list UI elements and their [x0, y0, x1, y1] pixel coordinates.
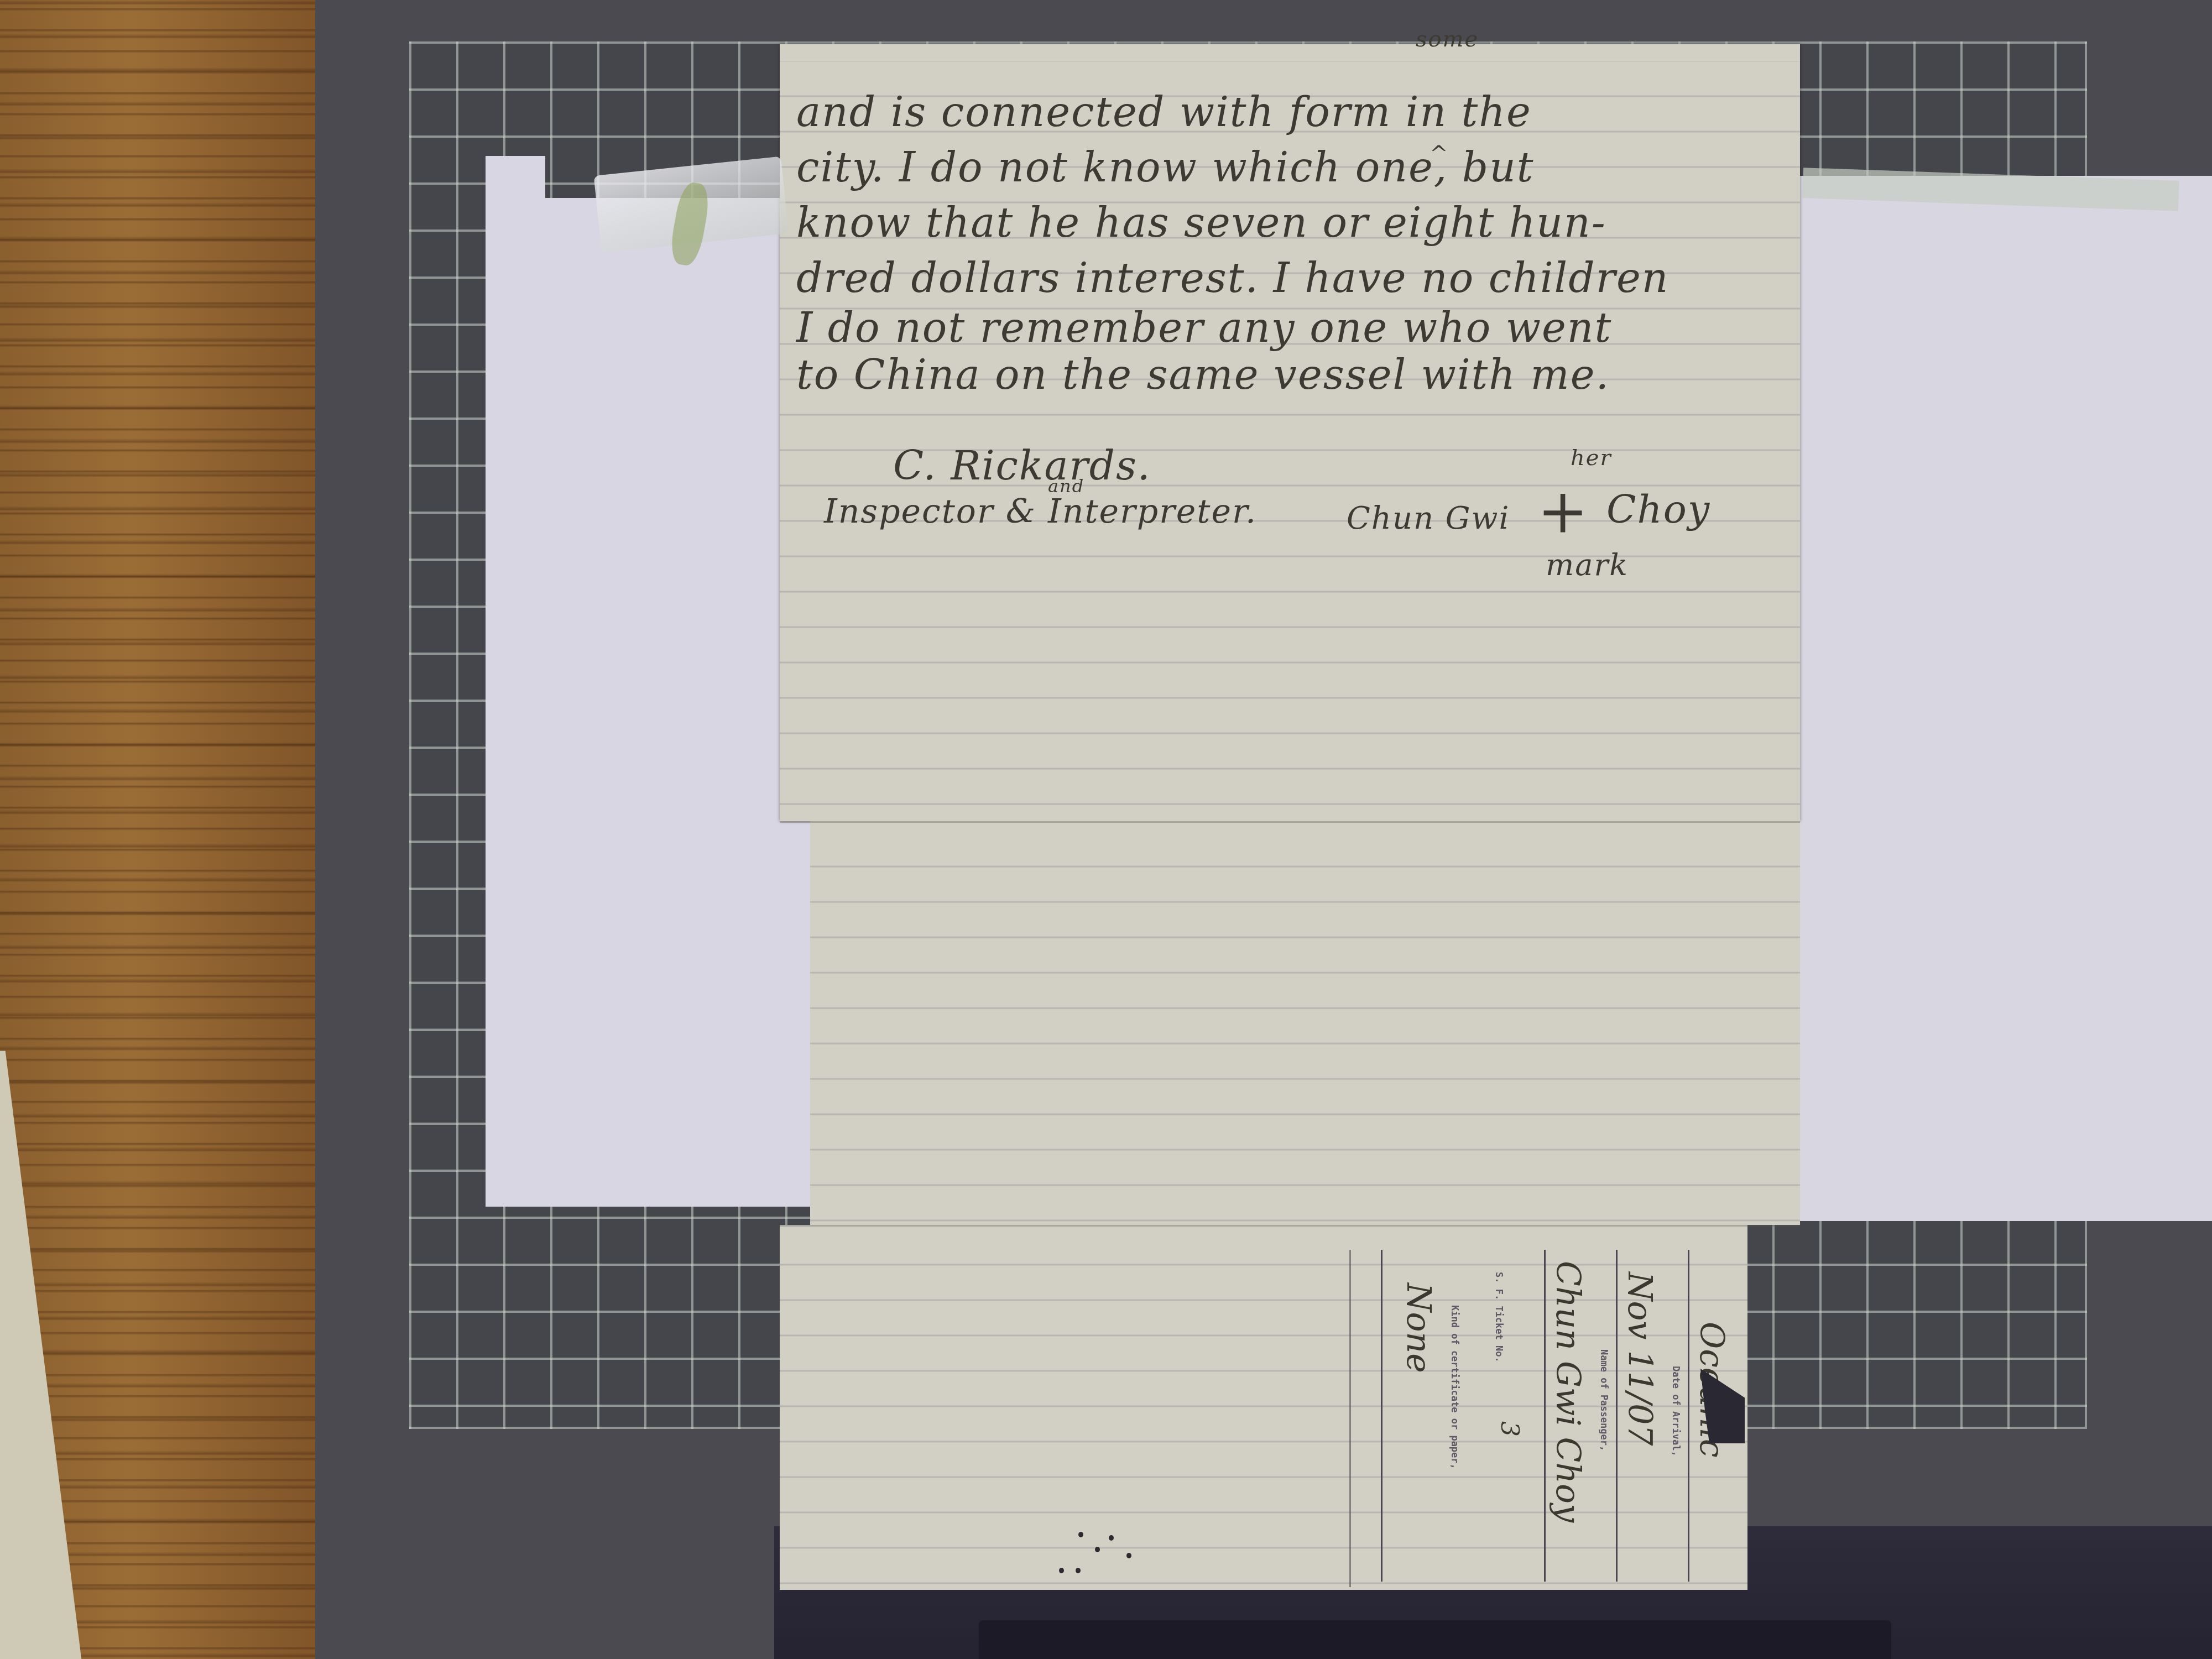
- ink-speck: [1059, 1568, 1064, 1573]
- docket-divider-rule: [1349, 1250, 1351, 1587]
- docket-certificate-label: Kind of certificate or paper,: [1449, 1305, 1460, 1469]
- dark-object-bottom: [979, 1620, 1891, 1659]
- inspector-title: Inspector & Interpreter.: [824, 492, 1257, 531]
- docket-date-label: Date of Arrival,: [1670, 1366, 1681, 1457]
- ink-speck: [1076, 1568, 1081, 1573]
- right-backing-sheet: [1797, 176, 2212, 1221]
- docket-rule: [1688, 1250, 1689, 1582]
- docket-passenger-label: Name of Passenger,: [1598, 1349, 1609, 1451]
- body-line-5: I do not remember any one who went: [796, 304, 1612, 352]
- signature-mark-cross: +: [1537, 476, 1589, 546]
- document-panel-middle: [810, 821, 1800, 1225]
- mark-label-her: her: [1571, 445, 1612, 471]
- docket-ticket-value: 3: [1495, 1421, 1524, 1437]
- ink-speck: [1095, 1547, 1100, 1552]
- ink-speck: [1126, 1553, 1131, 1558]
- body-line-3: know that he has seven or eight hun-: [796, 199, 1606, 247]
- body-line-4: dred dollars interest. I have no childre…: [796, 254, 1669, 302]
- witness-name: Chun Gwi: [1347, 500, 1510, 536]
- docket-rule: [1544, 1250, 1546, 1582]
- docket-panel: Oceanic Date of Arrival, Nov 11/07 Name …: [1360, 1239, 1742, 1626]
- docket-passenger-value: Chun Gwi Choy: [1548, 1261, 1587, 1522]
- fold-crease: [780, 821, 1800, 823]
- docket-date-value: Nov 11/07: [1620, 1272, 1659, 1446]
- docket-rule: [1381, 1250, 1383, 1582]
- witness-surname: Choy: [1606, 487, 1710, 532]
- left-backing-sheet: [486, 156, 817, 1207]
- docket-certificate-value: None: [1399, 1283, 1438, 1373]
- mark-label-mark: mark: [1546, 547, 1629, 582]
- body-line-1: and is connected with form in the: [796, 88, 1532, 136]
- body-line-2: city. I do not know which one, but: [796, 144, 1535, 191]
- fold-crease: [780, 1225, 1800, 1227]
- docket-ticket-label: S. F. Ticket No.: [1493, 1272, 1504, 1363]
- ink-speck: [1078, 1532, 1083, 1537]
- ink-speck: [1109, 1535, 1114, 1541]
- inspector-signature: C. Rickards.: [893, 442, 1151, 489]
- interlinear-insert: some: [1416, 27, 1479, 52]
- body-line-6: to China on the same vessel with me.: [796, 351, 1610, 399]
- docket-rule: [1616, 1250, 1618, 1582]
